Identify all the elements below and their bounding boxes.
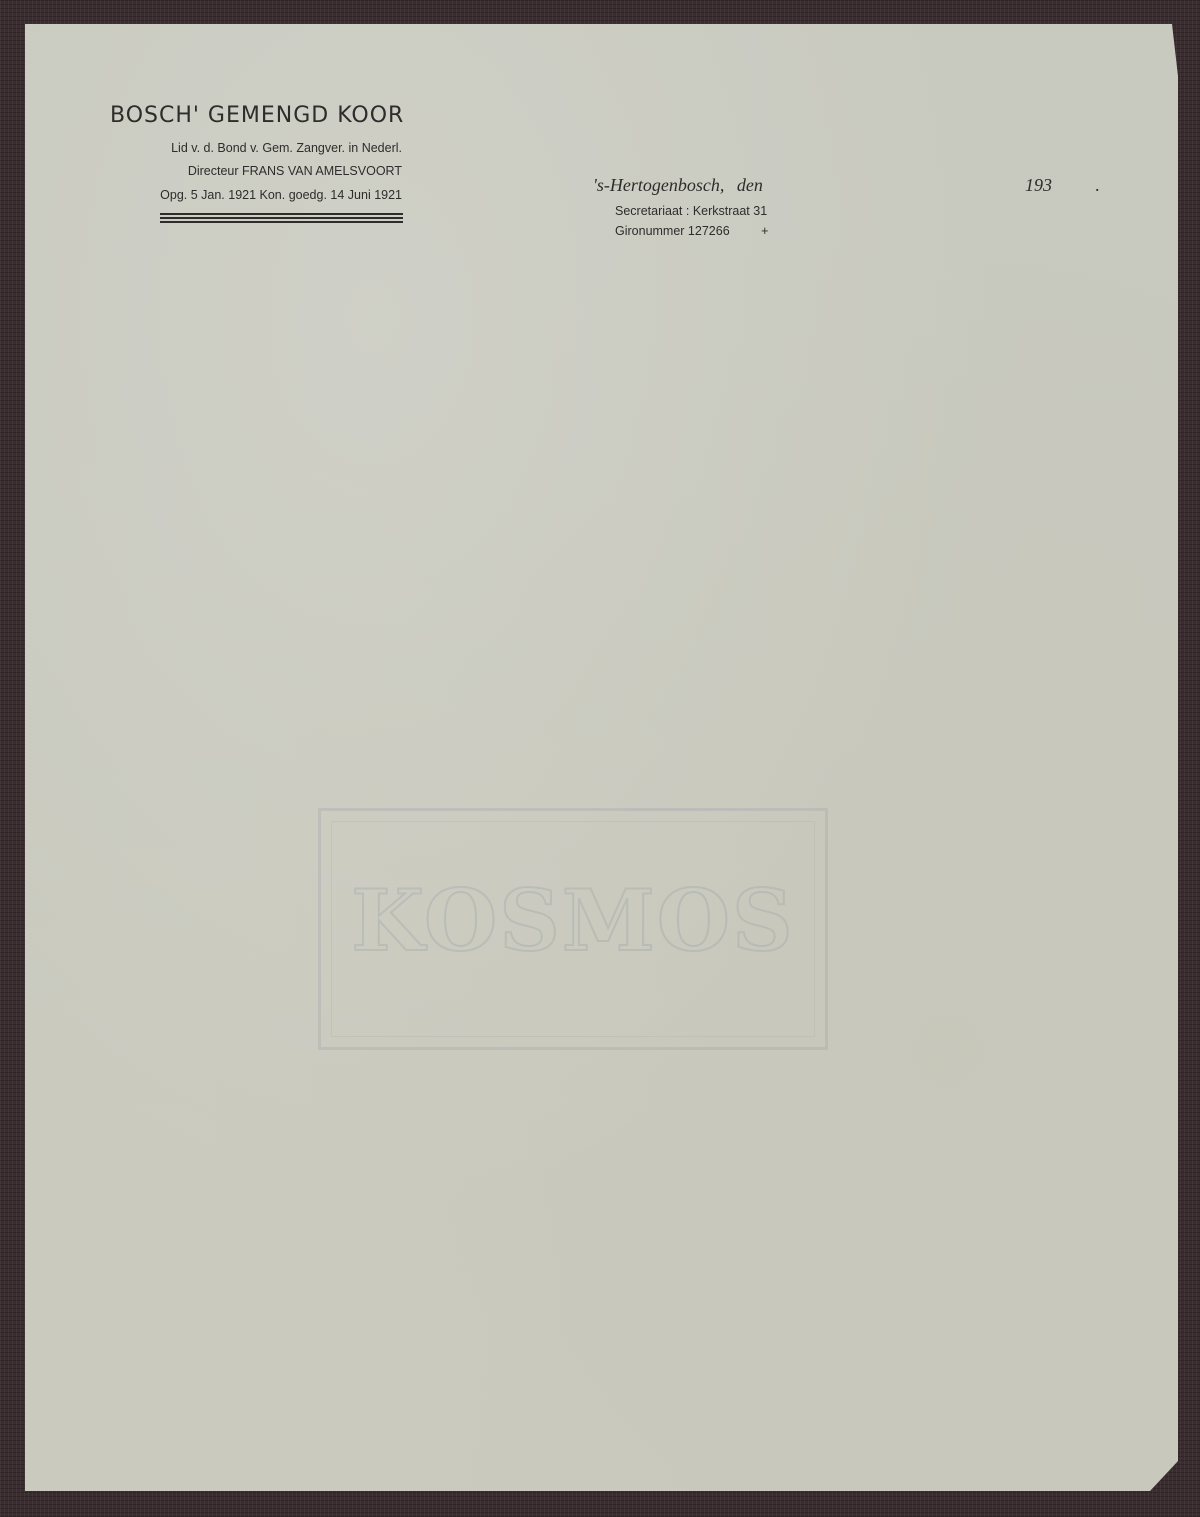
secretariat-address: Secretariaat : Kerkstraat 31: [615, 204, 767, 218]
giro-number-line: Gironummer 127266 +: [615, 224, 768, 238]
place-date-line: 's-Hertogenbosch, den: [593, 175, 763, 196]
giro-number: Gironummer 127266: [615, 224, 730, 238]
rule-line: [160, 213, 403, 215]
rule-line: [160, 217, 403, 219]
founded-line: Opg. 5 Jan. 1921 Kon. goedg. 14 Juni 192…: [160, 188, 402, 202]
plus-mark: +: [761, 224, 768, 238]
organization-name: BOSCH' GEMENGD KOOR: [110, 103, 404, 128]
triple-rule-divider: [160, 213, 403, 225]
watermark-text: KOSMOS: [321, 871, 825, 970]
year-prefix: 193: [1025, 175, 1052, 196]
rule-line: [160, 221, 403, 223]
director-line: Directeur FRANS VAN AMELSVOORT: [188, 164, 402, 178]
letterhead-sheet: BOSCH' GEMENGD KOOR Lid v. d. Bond v. Ge…: [25, 24, 1178, 1491]
date-den: den: [737, 175, 763, 195]
place-name: 's-Hertogenbosch,: [593, 175, 724, 195]
paper-watermark: KOSMOS: [318, 808, 828, 1050]
year-suffix: .: [1095, 175, 1100, 196]
membership-line: Lid v. d. Bond v. Gem. Zangver. in Neder…: [171, 141, 402, 155]
